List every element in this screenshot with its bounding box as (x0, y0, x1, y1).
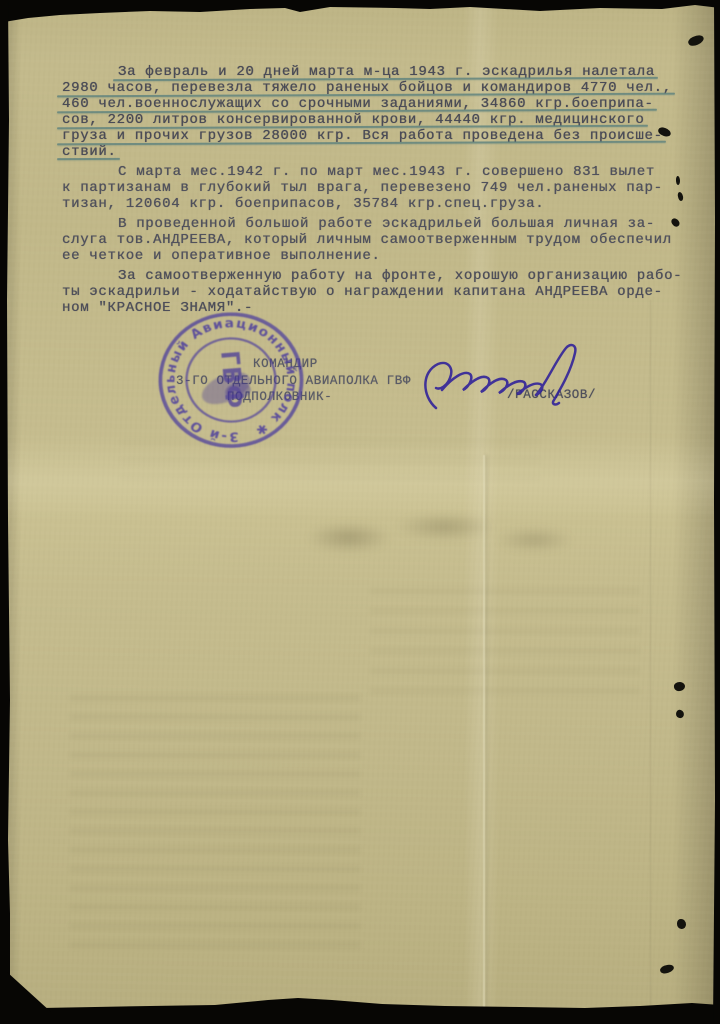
ink-speck (677, 919, 686, 929)
typed-line: За самоотверженную работу на фронте, хор… (118, 268, 682, 284)
stamp-center-text: ГВФ (215, 349, 249, 410)
bleedthrough-text-lower-left (70, 695, 360, 960)
vertical-crease-faint (650, 300, 651, 1010)
typed-line: С марта мес.1942 г. по март мес.1943 г. … (118, 164, 655, 180)
military-unit-stamp: 3-й Отдельный Авиационный полк ✱ ГВФ (155, 309, 307, 451)
fold-light-band (7, 438, 715, 518)
typed-line: к партизанам в глубокий тыл врага, перев… (62, 180, 663, 196)
typed-line: 2980 часов, перевезла тяжело раненых бой… (62, 80, 672, 96)
handwritten-signature (418, 336, 603, 422)
ink-speck (676, 176, 680, 185)
typed-line: слуга тов.АНДРЕЕВА, который личным самоо… (62, 232, 672, 248)
typed-line: ты эскадрильи - ходатайствую о награжден… (62, 284, 663, 300)
typed-line: В проведенной большой работе эскадрильей… (118, 216, 655, 232)
paragraph-partisan-flights: С марта мес.1942 г. по март мес.1943 г. … (62, 164, 682, 212)
typed-body: За февраль и 20 дней марта м-ца 1943 г. … (62, 64, 682, 320)
typed-line: сов, 2200 литров консервированной крови,… (62, 112, 645, 128)
vertical-crease (483, 455, 485, 1010)
typed-line: 460 чел.военнослужащих со срочными задан… (62, 96, 654, 112)
typed-line: ствий. (62, 144, 117, 160)
bleedthrough-text-lower-right (370, 588, 640, 708)
typed-line: тизан, 120604 кгр. боеприпасов, 35784 кг… (62, 196, 544, 212)
typed-line: ее четкое и оперативное выполнение. (62, 248, 381, 264)
typed-line: За февраль и 20 дней марта м-ца 1943 г. … (118, 64, 655, 80)
scanned-document-page: За февраль и 20 дней марта м-ца 1943 г. … (0, 0, 720, 1024)
paragraph-personal-merit: В проведенной большой работе эскадрильей… (62, 216, 682, 264)
typed-line: груза и прочих грузов 28000 кгр. Вся раб… (62, 128, 663, 144)
paragraph-flight-statistics: За февраль и 20 дней марта м-ца 1943 г. … (62, 64, 682, 160)
